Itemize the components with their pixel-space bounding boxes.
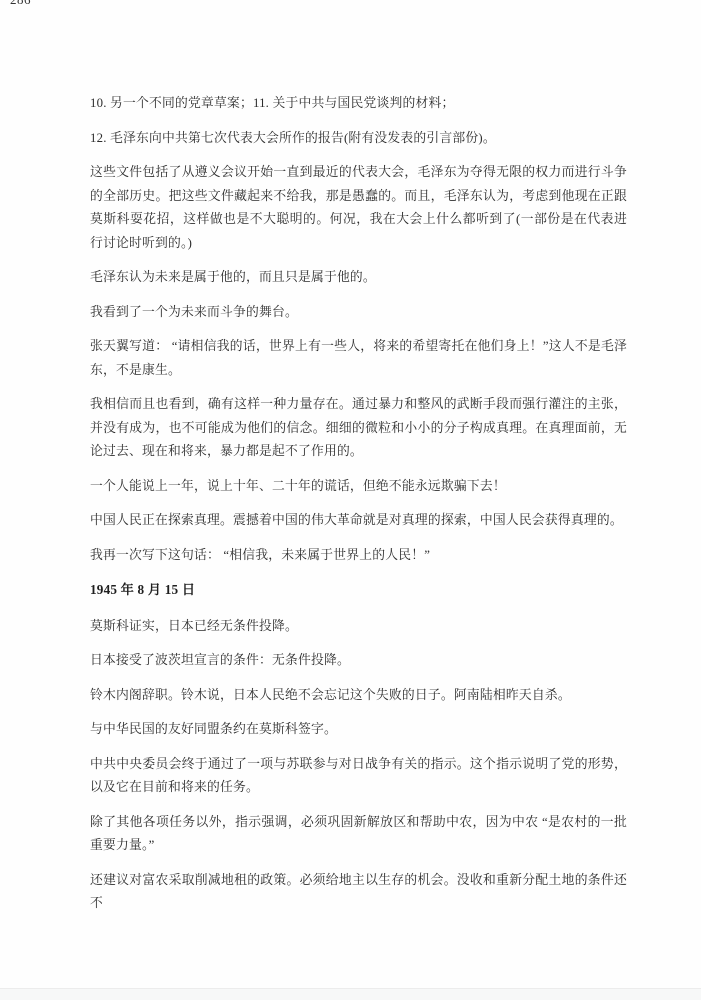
page-number: 286 (10, 0, 31, 7)
paragraph: 毛泽东认为未来是属于他的，而且只是属于他的。 (90, 266, 627, 290)
page-content: 10. 另一个不同的党章草案；11. 关于中共与国民党谈判的材料；12. 毛泽东… (90, 92, 627, 927)
page-footer: 286 (0, 0, 701, 9)
paragraph: 中共中央委员会终于通过了一项与苏联参与对日战争有关的指示。这个指示说明了党的形势… (90, 753, 627, 800)
paragraph: 日本接受了波茨坦宣言的条件：无条件投降。 (90, 649, 627, 673)
paragraph: 这些文件包括了从遵义会议开始一直到最近的代表大会，毛泽东为夺得无限的权力而进行斗… (90, 161, 627, 255)
paragraph: 一个人能说上一年，说上十年、二十年的谎话，但绝不能永远欺骗下去！ (90, 475, 627, 499)
paragraph: 还建议对富农采取削减地租的政策。必须给地主以生存的机会。没收和重新分配土地的条件… (90, 869, 627, 916)
paragraph: 我相信而且也看到，确有这样一种力量存在。通过暴力和整风的武断手段而强行灌注的主张… (90, 393, 627, 464)
paragraph: 我再一次写下这句话： “相信我，未来属于世界上的人民！” (90, 544, 627, 568)
paragraph: 10. 另一个不同的党章草案；11. 关于中共与国民党谈判的材料； (90, 92, 627, 116)
paragraph: 莫斯科证实，日本已经无条件投降。 (90, 615, 627, 639)
paragraph: 除了其他各项任务以外，指示强调，必须巩固新解放区和帮助中农，因为中农 “是农村的… (90, 811, 627, 858)
paragraph: 铃木内阁辞职。铃木说，日本人民绝不会忘记这个失败的日子。阿南陆相昨天自杀。 (90, 684, 627, 708)
page-bottom-edge (0, 988, 701, 1000)
paragraph: 12. 毛泽东向中共第七次代表大会所作的报告(附有没发表的引言部份)。 (90, 127, 627, 151)
paragraph: 我看到了一个为未来而斗争的舞台。 (90, 301, 627, 325)
book-page: 10. 另一个不同的党章草案；11. 关于中共与国民党谈判的材料；12. 毛泽东… (0, 0, 701, 1000)
date-heading: 1945 年 8 月 15 日 (90, 578, 627, 602)
paragraph: 张天翼写道： “请相信我的话，世界上有一些人，将来的希望寄托在他们身上！”这人不… (90, 335, 627, 382)
paragraph: 与中华民国的友好同盟条约在莫斯科签字。 (90, 718, 627, 742)
paragraph: 中国人民正在探索真理。震撼着中国的伟大革命就是对真理的探索，中国人民会获得真理的… (90, 509, 627, 533)
